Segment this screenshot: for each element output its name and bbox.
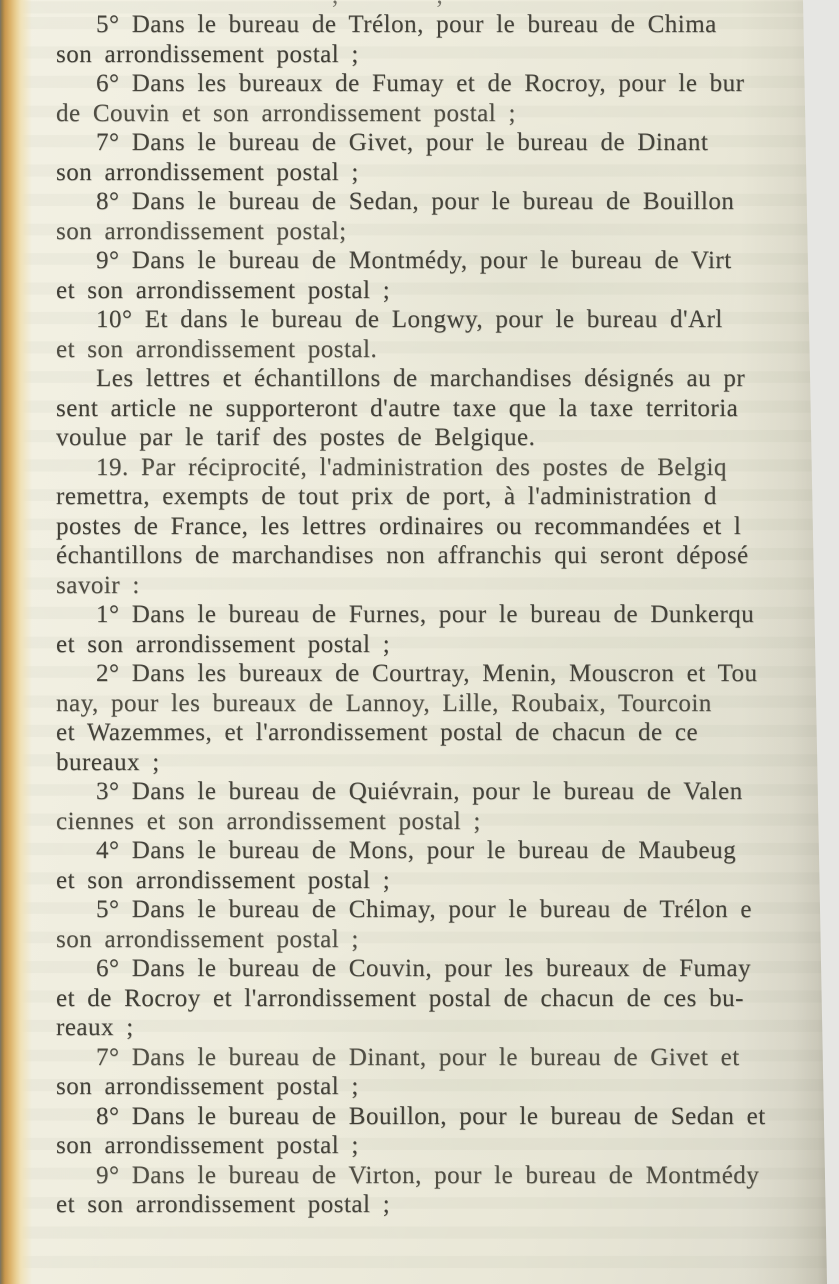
scan-background: , , 5° Dans le bureau de Trélon, pour le… xyxy=(0,0,839,1284)
text-line: remettra, exempts de tout prix de port, … xyxy=(56,482,838,512)
text-line: et son arrondissement postal. xyxy=(56,335,838,365)
text-line: ciennes et son arrondissement postal ; xyxy=(56,807,838,837)
text-line: 8° Dans le bureau de Bouillon, pour le b… xyxy=(56,1102,838,1132)
text-line: son arrondissement postal ; xyxy=(56,40,838,70)
text-line: bureaux ; xyxy=(56,748,838,778)
text-line: postes de France, les lettres ordinaires… xyxy=(56,512,838,542)
text-line: reaux ; xyxy=(56,1013,838,1043)
text-line: sent article ne supporteront d'autre tax… xyxy=(56,394,838,424)
text-line: Les lettres et échantillons de marchandi… xyxy=(56,364,838,394)
text-line: 6° Dans le bureau de Couvin, pour les bu… xyxy=(56,954,838,984)
text-line: de Couvin et son arrondissement postal ; xyxy=(56,99,838,129)
text-line: 8° Dans le bureau de Sedan, pour le bure… xyxy=(56,187,838,217)
page-edge-shadow xyxy=(740,0,835,1284)
text-line: 19. Par réciprocité, l'administration de… xyxy=(56,453,838,483)
text-line: son arrondissement postal; xyxy=(56,217,838,247)
text-line: savoir : xyxy=(56,571,838,601)
text-line: 6° Dans les bureaux de Fumay et de Rocro… xyxy=(56,69,838,99)
text-line: 9° Dans le bureau de Virton, pour le bur… xyxy=(56,1161,838,1191)
book-binding-edge xyxy=(0,0,32,1284)
text-line: et son arrondissement postal ; xyxy=(56,1190,838,1220)
text-line: son arrondissement postal ; xyxy=(56,158,838,188)
text-line: et de Rocroy et l'arrondissement postal … xyxy=(56,984,838,1014)
text-line: nay, pour les bureaux de Lannoy, Lille, … xyxy=(56,689,838,719)
text-line: et son arrondissement postal ; xyxy=(56,276,838,306)
book-page: , , 5° Dans le bureau de Trélon, pour le… xyxy=(0,0,839,1284)
text-line: 4° Dans le bureau de Mons, pour le burea… xyxy=(56,836,838,866)
text-line: échantillons de marchandises non affranc… xyxy=(56,541,838,571)
text-line: voulue par le tarif des postes de Belgiq… xyxy=(56,423,838,453)
text-line: 5° Dans le bureau de Chimay, pour le bur… xyxy=(56,895,838,925)
text-line: son arrondissement postal ; xyxy=(56,1131,838,1161)
remnant-marks: , , xyxy=(332,0,652,7)
text-line: 2° Dans les bureaux de Courtray, Menin, … xyxy=(56,659,838,689)
text-line: 3° Dans le bureau de Quiévrain, pour le … xyxy=(56,777,838,807)
text-line: 5° Dans le bureau de Trélon, pour le bur… xyxy=(56,10,838,40)
text-line: et son arrondissement postal ; xyxy=(56,630,838,660)
text-line: 7° Dans le bureau de Dinant, pour le bur… xyxy=(56,1043,838,1073)
text-line: son arrondissement postal ; xyxy=(56,925,838,955)
text-line: 1° Dans le bureau de Furnes, pour le bur… xyxy=(56,600,838,630)
text-block: 5° Dans le bureau de Trélon, pour le bur… xyxy=(56,10,838,1220)
text-line: et Wazemmes, et l'arrondissement postal … xyxy=(56,718,838,748)
cut-off-line-remnant: , , xyxy=(332,0,652,7)
text-line: 9° Dans le bureau de Montmédy, pour le b… xyxy=(56,246,838,276)
text-line: et son arrondissement postal ; xyxy=(56,866,838,896)
text-line: 7° Dans le bureau de Givet, pour le bure… xyxy=(56,128,838,158)
text-line: son arrondissement postal ; xyxy=(56,1072,838,1102)
text-line: 10° Et dans le bureau de Longwy, pour le… xyxy=(56,305,838,335)
